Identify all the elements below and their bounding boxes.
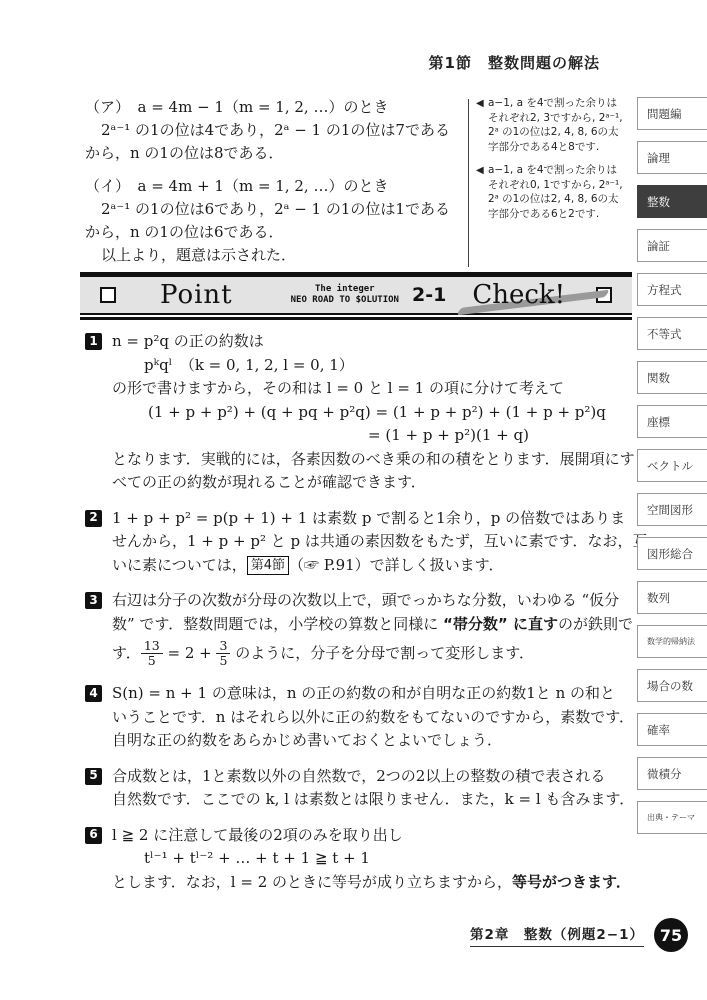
point-note-4: 4 S(n) = n + 1 の意味は，n の正の約数の和が自明な正の約数1と … bbox=[85, 682, 633, 753]
note-number-badge: 5 bbox=[85, 768, 102, 785]
note-line: 1 + p + p² = p(p + 1) + 1 は素数 p で割ると1余り，… bbox=[112, 507, 647, 531]
section-header: 第1節 整数問題の解法 bbox=[0, 52, 600, 73]
note-number-badge: 2 bbox=[85, 510, 102, 527]
note-line: とします．なお，l = 2 のときに等号が成り立ちますから，等号がつきます． bbox=[112, 871, 633, 895]
math-formula: tˡ⁻¹ + tˡ⁻² + … + t + 1 ≧ t + 1 bbox=[112, 847, 633, 871]
point-note-6: 6 l ≧ 2 に注意して最後の2項のみを取り出し tˡ⁻¹ + tˡ⁻² + … bbox=[85, 824, 633, 895]
sidebar-tab-1: 問題編 bbox=[637, 97, 707, 130]
note-line: の形で書けますから，その和は l = 0 と l = 1 の項に分けて考えて bbox=[112, 377, 635, 401]
note-text: いに素については， bbox=[112, 556, 247, 574]
margin-note-text: a−1, a を4で割った余りはそれぞれ0, 1ですから, 2ᵃ⁻¹, 2ᵃ の… bbox=[488, 163, 626, 221]
note-text: = 2 + bbox=[163, 644, 217, 662]
margin-note: ◀ a−1, a を4で割った余りはそれぞれ2, 3ですから, 2ᵃ⁻¹, 2ᵃ… bbox=[476, 96, 626, 154]
left-triangle-icon: ◀ bbox=[476, 96, 488, 154]
sidebar-tab-4: 論証 bbox=[637, 229, 707, 262]
sidebar-tab-14: 場合の数 bbox=[637, 669, 707, 702]
note-text: のように，分子を分母で割って変形します． bbox=[230, 644, 534, 662]
sidebar-tab-6: 不等式 bbox=[637, 317, 707, 350]
note-number-badge: 6 bbox=[85, 827, 102, 844]
sidebar-tab-17: 出典・テーマ bbox=[637, 801, 707, 834]
sidebar-tab-7: 関数 bbox=[637, 361, 707, 394]
left-triangle-icon: ◀ bbox=[476, 163, 488, 221]
solution-section: （ア） a = 4m − 1（m = 1, 2, …）のとき 2ᵃ⁻¹ の1の位… bbox=[85, 96, 630, 267]
banner-subtitle-bottom: NEO ROAD TO $OLUTION bbox=[291, 295, 399, 306]
sidebar-tab-9: ベクトル bbox=[637, 449, 707, 482]
note-line: 数” です．整数問題では，小学校の算数と同様に “帯分数” に直すのが鉄則で bbox=[112, 613, 633, 637]
math-formula: (1 + p + p²) + (q + pq + p²q) = (1 + p +… bbox=[112, 401, 635, 425]
note-text: 数” です．整数問題では，小学校の算数と同様に bbox=[112, 615, 443, 633]
point-note-3: 3 右辺は分子の次数が分母の次数以上で，頭でっかちな分数，いわゆる “仮分 数”… bbox=[85, 589, 633, 670]
margin-note-text: a−1, a を4で割った余りはそれぞれ2, 3ですから, 2ᵃ⁻¹, 2ᵃ の… bbox=[488, 96, 626, 154]
solution-line: から，n の1の位は8である． bbox=[85, 142, 463, 165]
note-line: べての正の約数が現れることが確認できます． bbox=[112, 471, 635, 495]
note-line: せんから，1 + p + p² と p は共通の素因数をもたず，互いに素です．な… bbox=[112, 530, 647, 554]
checkbox-square-icon bbox=[100, 287, 116, 303]
sidebar-tab-12: 数列 bbox=[637, 581, 707, 614]
sidebar-tab-10: 空間図形 bbox=[637, 493, 707, 526]
solution-conclusion: 以上より，題意は示された． bbox=[85, 244, 463, 267]
note-number-badge: 4 bbox=[85, 685, 102, 702]
sidebar-tab-16: 微積分 bbox=[637, 757, 707, 790]
note-line: となります．実戦的には，各素因数のべき乗の和の積をとります．展開項にす bbox=[112, 448, 635, 472]
point-note-1: 1 n = p²q の正の約数は pᵏqˡ （k = 0, 1, 2, l = … bbox=[85, 330, 633, 495]
note-line: す．135 = 2 + 35 のように，分子を分母で割って変形します． bbox=[112, 636, 633, 670]
note-line: いうことです．n はそれら以外に正の約数をもてないのですから，素数です． bbox=[112, 706, 634, 730]
margin-divider bbox=[468, 99, 469, 267]
note-line: S(n) = n + 1 の意味は，n の正の約数の和が自明な正の約数1と n … bbox=[112, 682, 634, 706]
page-number-badge: 75 bbox=[654, 918, 688, 952]
check-label: Check! bbox=[472, 280, 565, 310]
solution-line: 2ᵃ⁻¹ の1の位は4であり，2ᵃ − 1 の1の位は7である bbox=[85, 119, 463, 142]
note-line: 右辺は分子の次数が分母の次数以上で，頭でっかちな分数，いわゆる “仮分 bbox=[112, 589, 633, 613]
point-note-2: 2 1 + p + p² = p(p + 1) + 1 は素数 p で割ると1余… bbox=[85, 507, 633, 578]
check-label-wrap: Check! bbox=[472, 280, 565, 310]
chapter-tab-index: 問題編 論理 整数 論証 方程式 不等式 関数 座標 ベクトル 空間図形 図形総… bbox=[637, 97, 707, 845]
margin-notes: ◀ a−1, a を4で割った余りはそれぞれ2, 3ですから, 2ᵃ⁻¹, 2ᵃ… bbox=[476, 96, 626, 267]
note-text-bold: “帯分数” に直す bbox=[443, 615, 558, 633]
note-line: 自然数です．ここでの k, l は素数とは限りません．また，k = l も含みま… bbox=[112, 788, 634, 812]
sidebar-tab-2: 論理 bbox=[637, 141, 707, 174]
note-line: 自明な正の約数をあらかじめ書いておくとよいでしょう． bbox=[112, 729, 634, 753]
solution-line: （イ） a = 4m + 1（m = 1, 2, …）のとき bbox=[85, 175, 463, 198]
note-number-badge: 3 bbox=[85, 592, 102, 609]
sidebar-tab-8: 座標 bbox=[637, 405, 707, 438]
note-text: のが鉄則で bbox=[558, 615, 633, 633]
note-number-badge: 1 bbox=[85, 333, 102, 350]
banner-underline bbox=[80, 317, 632, 320]
point-check-banner: Point The integer NEO ROAD TO $OLUTION 2… bbox=[80, 272, 632, 320]
banner-subtitle-top: The integer bbox=[291, 284, 399, 295]
margin-note: ◀ a−1, a を4で割った余りはそれぞれ0, 1ですから, 2ᵃ⁻¹, 2ᵃ… bbox=[476, 163, 626, 221]
sidebar-tab-13: 数学的帰納法 bbox=[637, 625, 707, 658]
point-note-5: 5 合成数とは，1と素数以外の自然数で，2つの2以上の整数の積で表される 自然数… bbox=[85, 765, 633, 812]
sidebar-tab-5: 方程式 bbox=[637, 273, 707, 306]
page-footer: 第2章 整数（例題2−1） 75 bbox=[0, 918, 700, 952]
math-formula: pᵏqˡ （k = 0, 1, 2, l = 0, 1） bbox=[112, 354, 635, 378]
math-formula: = (1 + p + p²)(1 + q) bbox=[112, 424, 635, 448]
note-text: とします．なお，l = 2 のときに等号が成り立ちますから， bbox=[112, 873, 512, 891]
banner-number: 2-1 bbox=[412, 284, 446, 306]
solution-text: （ア） a = 4m − 1（m = 1, 2, …）のとき 2ᵃ⁻¹ の1の位… bbox=[85, 96, 463, 267]
banner-subtitle: The integer NEO ROAD TO $OLUTION bbox=[291, 284, 399, 306]
note-line: l ≧ 2 に注意して最後の2項のみを取り出し bbox=[112, 824, 633, 848]
sidebar-tab-15: 確率 bbox=[637, 713, 707, 746]
sidebar-tab-11: 図形総合 bbox=[637, 537, 707, 570]
fraction: 135 bbox=[141, 639, 163, 669]
section-reference-box: 第4節 bbox=[247, 556, 289, 575]
note-text-bold: 等号がつきます． bbox=[512, 873, 631, 891]
chapter-label: 第2章 整数（例題2−1） bbox=[470, 923, 644, 947]
point-label: Point bbox=[160, 280, 233, 310]
note-line: いに素については，第4節（☞ P.91）で詳しく扱います． bbox=[112, 554, 647, 578]
note-line: 合成数とは，1と素数以外の自然数で，2つの2以上の整数の積で表される bbox=[112, 765, 634, 789]
note-text: （☞ P.91）で詳しく扱います． bbox=[289, 556, 503, 574]
fraction: 35 bbox=[216, 639, 230, 669]
solution-line: から，n の1の位は6である． bbox=[85, 221, 463, 244]
point-notes-section: 1 n = p²q の正の約数は pᵏqˡ （k = 0, 1, 2, l = … bbox=[85, 330, 633, 906]
note-line: n = p²q の正の約数は bbox=[112, 330, 635, 354]
solution-line: （ア） a = 4m − 1（m = 1, 2, …）のとき bbox=[85, 96, 463, 119]
note-text: す． bbox=[112, 644, 141, 662]
solution-line: 2ᵃ⁻¹ の1の位は6であり，2ᵃ − 1 の1の位は1である bbox=[85, 198, 463, 221]
sidebar-tab-3-active: 整数 bbox=[637, 185, 707, 218]
